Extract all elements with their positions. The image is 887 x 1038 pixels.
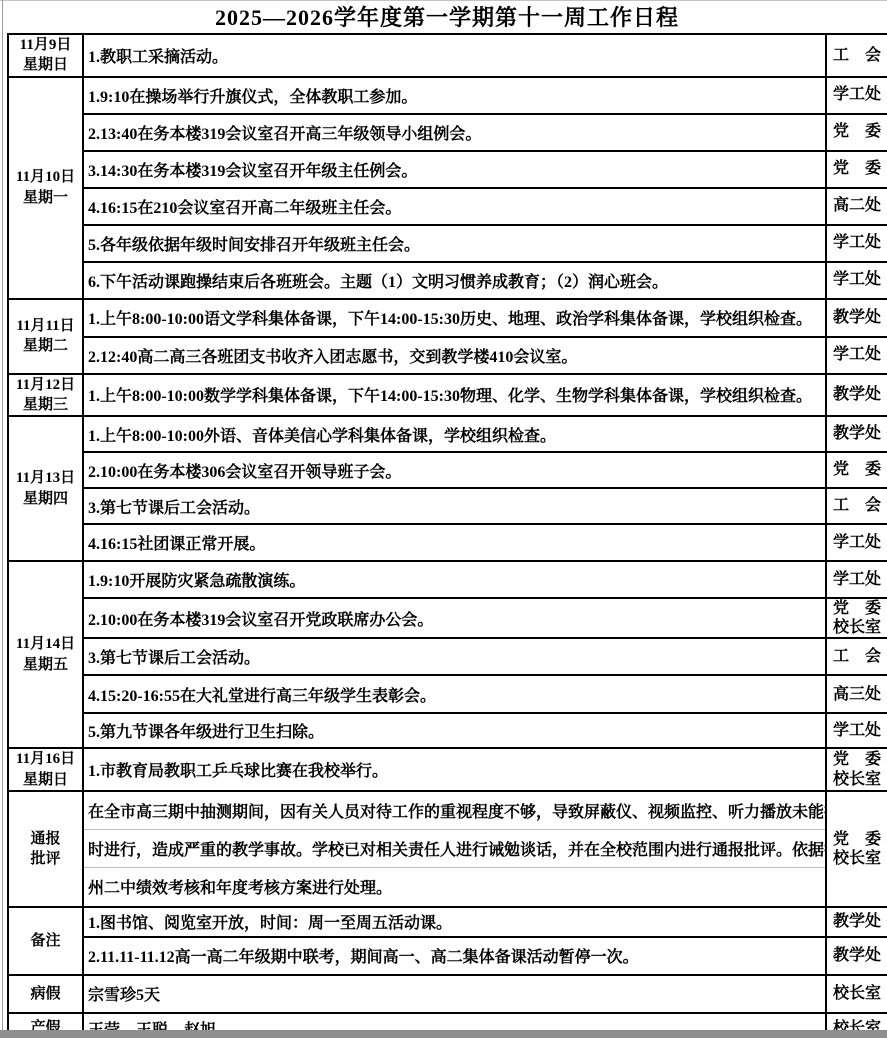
day-cell: 11月10日 星期一 xyxy=(8,77,83,299)
day-cell: 11月11日 星期二 xyxy=(8,299,83,374)
table-row: 病假 宗雪珍5天 校长室 xyxy=(8,975,887,1013)
day-cell: 11月12日 星期三 xyxy=(8,374,83,417)
day-cell: 11月14日 星期五 xyxy=(8,561,83,748)
dept-cell: 教学处 xyxy=(826,374,887,417)
activity-text: 1.上午8:00-10:00数学学科集体备课，下午14:00-15:30物理、化… xyxy=(83,374,826,417)
notice-line: 在全市高三期中抽测期间，因有关人员对待工作的重视程度不够，导致屏蔽仪、视频监控、… xyxy=(84,792,825,830)
page-top-rule xyxy=(0,0,887,1)
dept-cell: 学工处 xyxy=(826,77,887,114)
dept-cell: 工 会 xyxy=(826,638,887,675)
weekly-schedule-table: 11月9日 星期日 1.教职工采摘活动。 工 会 11月10日 星期一 1.9:… xyxy=(7,33,887,1038)
dept-cell: 高三处 xyxy=(826,675,887,713)
dept-cell: 党 委 校长室 xyxy=(826,791,887,907)
table-row: 11月11日 星期二 1.上午8:00-10:00语文学科集体备课，下午14:0… xyxy=(8,299,887,337)
table-row: 2.10:00在务本楼319会议室召开党政联席办公会。 党 委 校长室 xyxy=(8,598,887,638)
dept-cell: 教学处 xyxy=(826,907,887,937)
activity-text: 1.市教育局教职工乒乓球比赛在我校举行。 xyxy=(83,748,826,791)
notice-line: 时进行，造成严重的教学事故。学校已对相关责任人进行诫勉谈话，并在全校范围内进行通… xyxy=(84,830,825,868)
activity-text: 1.9:10开展防灾紧急疏散演练。 xyxy=(83,561,826,598)
day-cell: 11月13日 星期四 xyxy=(8,416,83,561)
activity-text: 2.10:00在务本楼319会议室召开党政联席办公会。 xyxy=(83,598,826,638)
activity-text: 1.9:10在操场举行升旗仪式，全体教职工参加。 xyxy=(83,77,826,114)
table-row: 6.下午活动课跑操结束后各班班会。主题（1）文明习惯养成教育；（2）润心班会。 … xyxy=(8,262,887,299)
dept-cell: 学工处 xyxy=(826,524,887,561)
activity-text: 宗雪珍5天 xyxy=(83,975,826,1013)
activity-text: 3.14:30在务本楼319会议室召开年级主任例会。 xyxy=(83,151,826,188)
activity-text: 2.11.11-11.12高一高二年级期中联考，期间高一、高二集体备课活动暂停一… xyxy=(83,937,826,975)
table-row: 2.10:00在务本楼306会议室召开领导班子会。 党 委 xyxy=(8,452,887,488)
dept-cell: 党 委 校长室 xyxy=(826,748,887,791)
table-row: 4.16:15在210会议室召开高二年级班主任会。 高二处 xyxy=(8,188,887,225)
table-row: 5.各年级依据年级时间安排召开年级班主任会。 学工处 xyxy=(8,225,887,262)
activity-text: 2.13:40在务本楼319会议室召开高三年级领导小组例会。 xyxy=(83,114,826,151)
table-row: 3.14:30在务本楼319会议室召开年级主任例会。 党 委 xyxy=(8,151,887,188)
activity-text: 5.各年级依据年级时间安排召开年级班主任会。 xyxy=(83,225,826,262)
table-row: 2.11.11-11.12高一高二年级期中联考，期间高一、高二集体备课活动暂停一… xyxy=(8,937,887,975)
activity-text: 4.15:20-16:55在大礼堂进行高三年级学生表彰会。 xyxy=(83,675,826,713)
table-row: 3.第七节课后工会活动。 工 会 xyxy=(8,638,887,675)
table-row: 4.15:20-16:55在大礼堂进行高三年级学生表彰会。 高三处 xyxy=(8,675,887,713)
dept-cell: 党 委 xyxy=(826,151,887,188)
dept-cell: 学工处 xyxy=(826,337,887,374)
table-row: 11月13日 星期四 1.上午8:00-10:00外语、音体美信心学科集体备课，… xyxy=(8,416,887,452)
activity-text: 3.第七节课后工会活动。 xyxy=(83,638,826,675)
dept-cell: 教学处 xyxy=(826,299,887,337)
table-row: 11月9日 星期日 1.教职工采摘活动。 工 会 xyxy=(8,34,887,77)
dept-cell: 学工处 xyxy=(826,713,887,748)
activity-text: 6.下午活动课跑操结束后各班班会。主题（1）文明习惯养成教育；（2）润心班会。 xyxy=(83,262,826,299)
dept-cell: 高二处 xyxy=(826,188,887,225)
table-row: 2.12:40高二高三各班团支书收齐入团志愿书，交到教学楼410会议室。 学工处 xyxy=(8,337,887,374)
dept-cell: 教学处 xyxy=(826,937,887,975)
activity-text: 1.图书馆、阅览室开放，时间：周一至周五活动课。 xyxy=(83,907,826,937)
dept-cell: 学工处 xyxy=(826,225,887,262)
activity-text: 5.第九节课各年级进行卫生扫除。 xyxy=(83,713,826,748)
activity-text: 1.教职工采摘活动。 xyxy=(83,34,826,77)
table-row: 11月16日 星期日 1.市教育局教职工乒乓球比赛在我校举行。 党 委 校长室 xyxy=(8,748,887,791)
dept-cell: 教学处 xyxy=(826,416,887,452)
activity-text: 4.16:15在210会议室召开高二年级班主任会。 xyxy=(83,188,826,225)
dept-cell: 学工处 xyxy=(826,561,887,598)
day-cell: 备注 xyxy=(8,907,83,975)
day-cell: 11月16日 星期日 xyxy=(8,748,83,791)
table-row: 11月12日 星期三 1.上午8:00-10:00数学学科集体备课，下午14:0… xyxy=(8,374,887,417)
table-row: 3.第七节课后工会活动。 工 会 xyxy=(8,488,887,524)
dept-cell: 工 会 xyxy=(826,34,887,77)
notice-line: 州二中绩效考核和年度考核方案进行处理。 xyxy=(84,868,825,906)
table-row: 备注 1.图书馆、阅览室开放，时间：周一至周五活动课。 教学处 xyxy=(8,907,887,937)
activity-text: 2.10:00在务本楼306会议室召开领导班子会。 xyxy=(83,452,826,488)
table-row: 5.第九节课各年级进行卫生扫除。 学工处 xyxy=(8,713,887,748)
dept-cell: 党 委 xyxy=(826,452,887,488)
day-cell: 11月9日 星期日 xyxy=(8,34,83,77)
activity-text: 1.上午8:00-10:00外语、音体美信心学科集体备课，学校组织检查。 xyxy=(83,416,826,452)
notice-cell: 在全市高三期中抽测期间，因有关人员对待工作的重视程度不够，导致屏蔽仪、视频监控、… xyxy=(83,791,826,907)
activity-text: 4.16:15社团课正常开展。 xyxy=(83,524,826,561)
activity-text: 1.上午8:00-10:00语文学科集体备课，下午14:00-15:30历史、地… xyxy=(83,299,826,337)
activity-text: 2.12:40高二高三各班团支书收齐入团志愿书，交到教学楼410会议室。 xyxy=(83,337,826,374)
page-title: 2025—2026学年度第一学期第十一周工作日程 xyxy=(8,0,886,33)
table-row: 通报 批评 在全市高三期中抽测期间，因有关人员对待工作的重视程度不够，导致屏蔽仪… xyxy=(8,791,887,907)
table-row: 11月10日 星期一 1.9:10在操场举行升旗仪式，全体教职工参加。 学工处 xyxy=(8,77,887,114)
table-row: 4.16:15社团课正常开展。 学工处 xyxy=(8,524,887,561)
dept-cell: 学工处 xyxy=(826,262,887,299)
activity-text: 3.第七节课后工会活动。 xyxy=(83,488,826,524)
table-row: 2.13:40在务本楼319会议室召开高三年级领导小组例会。 党 委 xyxy=(8,114,887,151)
page-bottom-strip xyxy=(0,1030,887,1038)
day-cell: 病假 xyxy=(8,975,83,1013)
dept-cell: 工 会 xyxy=(826,488,887,524)
table-row: 11月14日 星期五 1.9:10开展防灾紧急疏散演练。 学工处 xyxy=(8,561,887,598)
dept-cell: 党 委 校长室 xyxy=(826,598,887,638)
page-left-rule xyxy=(2,0,3,1030)
dept-cell: 党 委 xyxy=(826,114,887,151)
dept-cell: 校长室 xyxy=(826,975,887,1013)
day-cell: 通报 批评 xyxy=(8,791,83,907)
